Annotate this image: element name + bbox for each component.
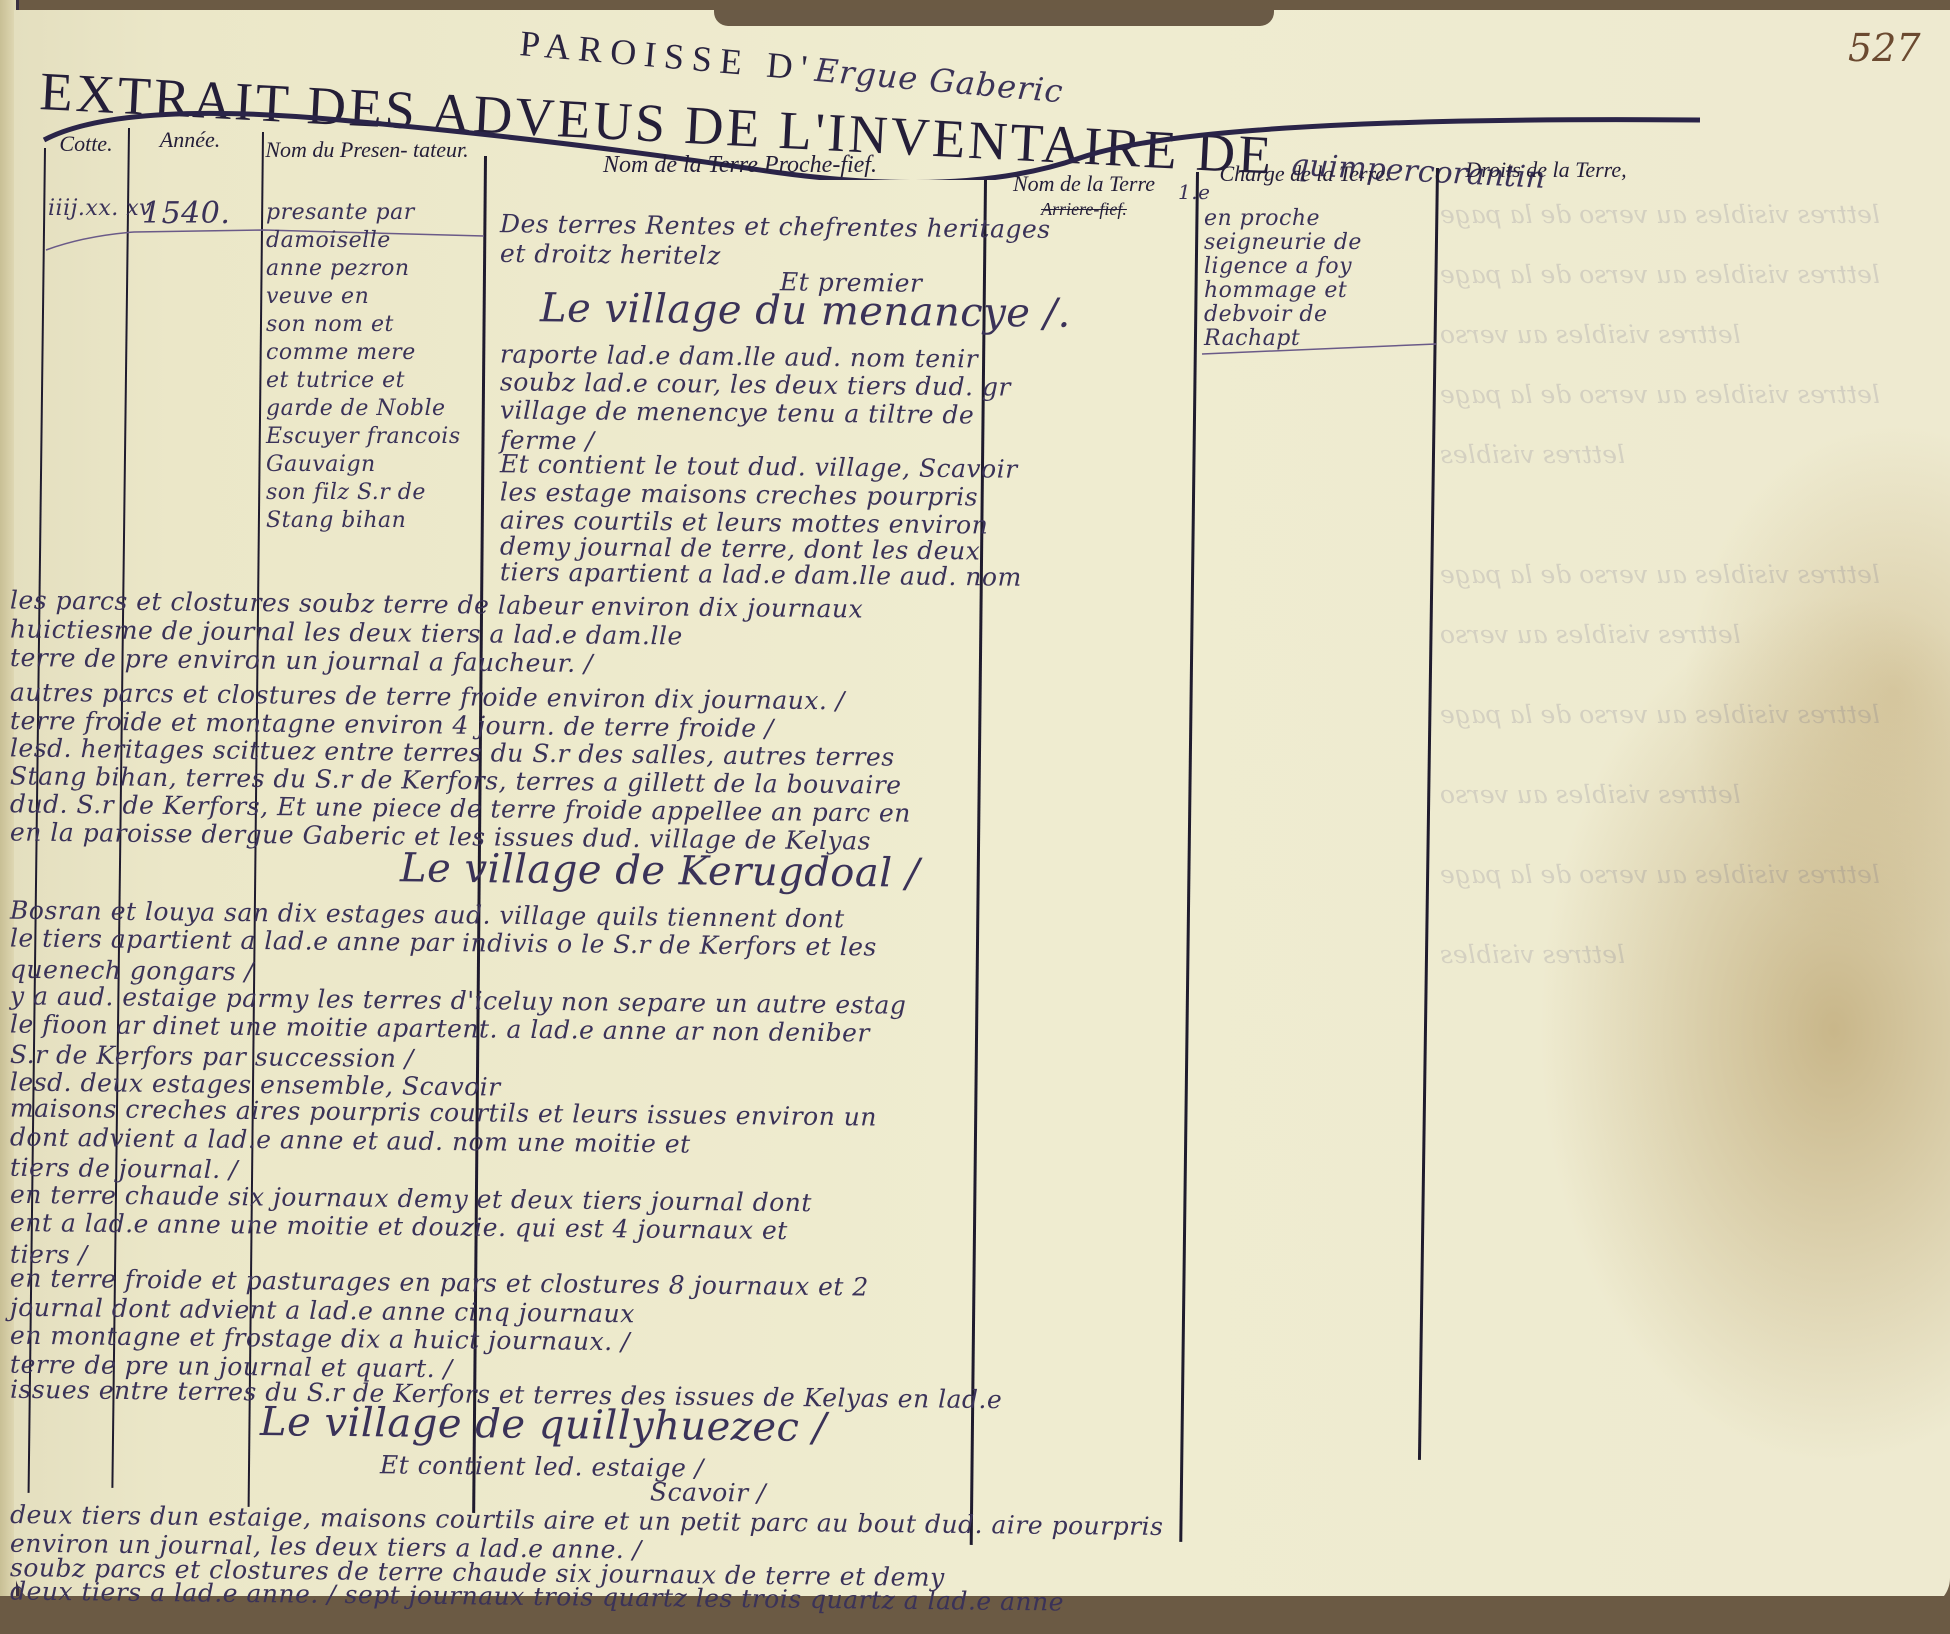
charge-line: ligence a foy (1204, 254, 1352, 279)
column-header-droits: Droits de la Terre, (1436, 156, 1656, 184)
column-header-arriere-fief: Nom de la Terre Arriere-fief. (984, 170, 1184, 220)
presentateur-line: damoiselle (266, 228, 391, 253)
handwritten-line: village de menencye tenu a tiltre de (500, 396, 975, 430)
column-header-proche-fief: Nom de la Terre Proche-fief. (560, 150, 920, 180)
presentateur-line: Gauvaign (266, 452, 376, 477)
entry-row-underline (44, 220, 484, 260)
presentateur-line: anne pezron (266, 256, 410, 281)
arriere-fief-label: Nom de la Terre (984, 170, 1184, 198)
handwritten-line: terre de pre environ un journal a fauche… (10, 643, 593, 678)
entry-cotte: iiij.xx. xv (48, 196, 152, 221)
handwritten-line: Le village de quillyhuezec / (260, 1399, 827, 1451)
handwritten-line: et droitz heritelz (500, 239, 721, 270)
presentateur-line: son nom et (266, 312, 394, 337)
handwritten-line: Des terres Rentes et chefrentes heritage… (500, 209, 1051, 244)
top-torn-edge (714, 10, 1274, 26)
charge-line: debvoir de (1204, 302, 1328, 327)
charge-line: en proche (1204, 206, 1320, 231)
column-header-cotte: Cotte. (56, 130, 116, 158)
column-header-presentateur: Nom du Presen- tateur. (262, 136, 472, 164)
column-header-charge: Charge de la Terre. (1205, 160, 1405, 188)
presentateur-line: Escuyer francois (266, 424, 461, 449)
column-header-annee: Année. (140, 126, 240, 154)
charge-line: seigneurie de (1204, 230, 1362, 255)
presentateur-line: garde de Noble (266, 396, 446, 421)
presentateur-line: Stang bihan (266, 508, 406, 533)
handwritten-line: Le village de Kerugdoal / (400, 845, 920, 896)
presentateur-line: et tutrice et (266, 368, 405, 393)
folio-number: 527 (1848, 26, 1921, 70)
arriere-fief-note: 1.e (1178, 180, 1210, 204)
presentateur-line: son filz S.r de (266, 480, 426, 505)
charge-underline (1200, 340, 1440, 360)
handwritten-line: Le village du menancye /. (540, 285, 1071, 337)
presentateur-line: comme mere (266, 340, 416, 365)
charge-line: hommage et (1204, 278, 1347, 303)
presentateur-line: veuve en (266, 284, 369, 309)
handwritten-line: tiers apartient a lad.e dam.lle aud. nom (500, 557, 1022, 591)
handwritten-line: Scavoir / (650, 1477, 766, 1507)
presentateur-line: presante par (266, 200, 415, 225)
